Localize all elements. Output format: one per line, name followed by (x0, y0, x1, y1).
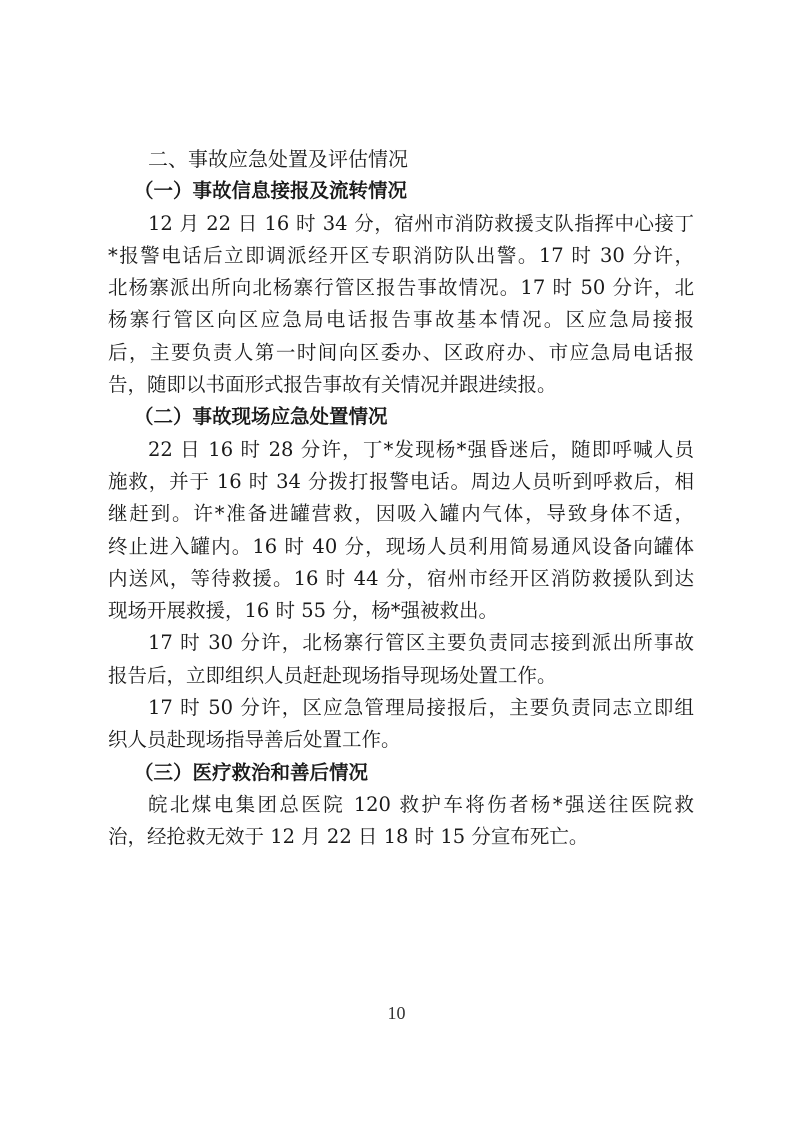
section-title: 二、事故应急处置及评估情况 (108, 143, 694, 175)
paragraph-line: 终止进入罐内。16 时 40 分，现场人员利用简易通风设备向罐体 (108, 531, 694, 563)
paragraph-line: 继赶到。许*准备进罐营救，因吸入罐内气体，导致身体不适， (108, 498, 694, 530)
paragraph-line: 施救，并于 16 时 34 分拨打报警电话。周边人员听到呼救后，相 (108, 466, 694, 498)
paragraph-line: *报警电话后立即调派经开区专职消防队出警。17 时 30 分许， (108, 240, 694, 272)
document-page: 二、事故应急处置及评估情况 （一）事故信息接报及流转情况 12 月 22 日 1… (108, 143, 694, 854)
paragraph-line: 北杨寨派出所向北杨寨行管区报告事故情况。17 时 50 分许，北 (108, 272, 694, 304)
subsection-heading-1: （一）事故信息接报及流转情况 (108, 175, 694, 207)
paragraph-line: 报告后，立即组织人员赶赴现场指导现场处置工作。 (108, 660, 694, 692)
paragraph-line: 织人员赴现场指导善后处置工作。 (108, 724, 694, 756)
subsection-heading-2: （二）事故现场应急处置情况 (108, 401, 694, 433)
paragraph-line: 17 时 30 分许，北杨寨行管区主要负责同志接到派出所事故 (108, 627, 694, 659)
paragraph-district-response: 17 时 30 分许，北杨寨行管区主要负责同志接到派出所事故 报告后，立即组织人… (108, 627, 694, 692)
paragraph-line: 内送风，等待救援。16 时 44 分，宿州市经开区消防救援队到达 (108, 563, 694, 595)
paragraph-line: 12 月 22 日 16 时 34 分，宿州市消防救援支队指挥中心接丁 (108, 208, 694, 240)
paragraph-line: 现场开展救援，16 时 55 分，杨*强被救出。 (108, 595, 694, 627)
paragraph-medical-treatment: 皖北煤电集团总医院 120 救护车将伤者杨*强送往医院救 治，经抢救无效于 12… (108, 789, 694, 854)
page-number: 10 (0, 1003, 793, 1024)
paragraph-line: 杨寨行管区向区应急局电话报告事故基本情况。区应急局接报 (108, 304, 694, 336)
paragraph-emergency-bureau-response: 17 时 50 分许，区应急管理局接报后，主要负责同志立即组 织人员赴现场指导善… (108, 692, 694, 757)
paragraph-line: 告，随即以书面形式报告事故有关情况并跟进续报。 (108, 369, 694, 401)
paragraph-info-reporting: 12 月 22 日 16 时 34 分，宿州市消防救援支队指挥中心接丁 *报警电… (108, 208, 694, 402)
paragraph-onsite-response: 22 日 16 时 28 分许，丁*发现杨*强昏迷后，随即呼喊人员 施救，并于 … (108, 434, 694, 628)
paragraph-line: 后，主要负责人第一时间向区委办、区政府办、市应急局电话报 (108, 337, 694, 369)
paragraph-line: 17 时 50 分许，区应急管理局接报后，主要负责同志立即组 (108, 692, 694, 724)
paragraph-line: 22 日 16 时 28 分许，丁*发现杨*强昏迷后，随即呼喊人员 (108, 434, 694, 466)
paragraph-line: 治，经抢救无效于 12 月 22 日 18 时 15 分宣布死亡。 (108, 821, 694, 853)
subsection-heading-3: （三）医疗救治和善后情况 (108, 757, 694, 789)
paragraph-line: 皖北煤电集团总医院 120 救护车将伤者杨*强送往医院救 (108, 789, 694, 821)
